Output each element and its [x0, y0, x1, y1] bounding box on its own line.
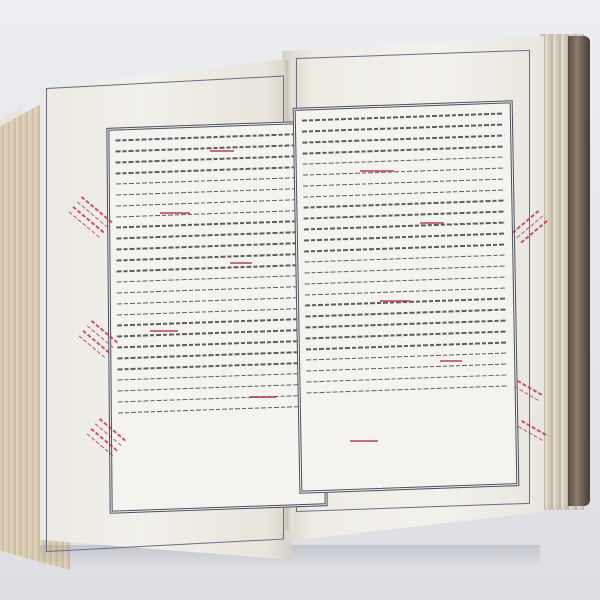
rubric-mark [380, 300, 410, 302]
rubric-mark [350, 440, 378, 442]
book-cover-edge [568, 36, 590, 506]
rubric-mark [250, 396, 276, 398]
rubric-mark [210, 150, 234, 152]
rubric-mark [230, 262, 252, 264]
rubric-mark [360, 170, 394, 172]
right-text-block [293, 100, 520, 494]
rubric-mark [150, 330, 178, 332]
open-manuscript [0, 0, 600, 600]
rubric-mark [420, 222, 444, 224]
rubric-mark [160, 212, 190, 214]
rubric-mark [440, 360, 462, 362]
